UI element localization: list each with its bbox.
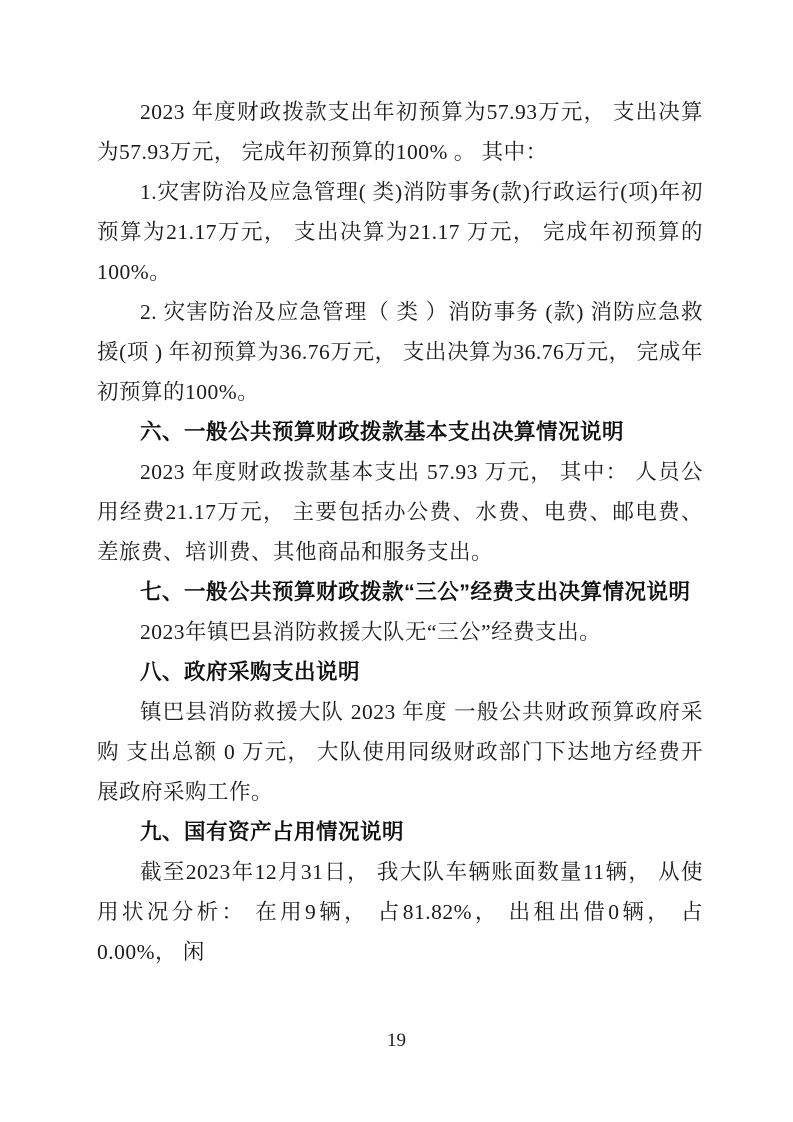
section-heading-6-basic-expenditure: 六、一般公共预算财政拨款基本支出决算情况说明 bbox=[97, 412, 703, 452]
section-heading-8-government-procurement: 八、政府采购支出说明 bbox=[97, 652, 703, 692]
paragraph-three-public-funds-detail: 2023年镇巴县消防救援大队无“三公”经费支出。 bbox=[97, 612, 703, 652]
paragraph-annual-expenditure-summary: 2023 年度财政拨款支出年初预算为57.93万元， 支出决算为57.93万元，… bbox=[97, 92, 703, 172]
paragraph-government-procurement-detail: 镇巴县消防救援大队 2023 年度 一般公共财政预算政府采购 支出总额 0 万元… bbox=[97, 692, 703, 812]
section-heading-9-state-owned-assets: 九、国有资产占用情况说明 bbox=[97, 812, 703, 852]
page-number: 19 bbox=[0, 1030, 793, 1052]
paragraph-item-1-admin-operation: 1.灾害防治及应急管理( 类)消防事务(款)行政运行(项)年初预算为21.17万… bbox=[97, 172, 703, 292]
document-page: 2023 年度财政拨款支出年初预算为57.93万元， 支出决算为57.93万元，… bbox=[0, 0, 793, 1122]
document-body: 2023 年度财政拨款支出年初预算为57.93万元， 支出决算为57.93万元，… bbox=[97, 92, 703, 972]
section-heading-7-three-public-funds: 七、一般公共预算财政拨款“三公”经费支出决算情况说明 bbox=[97, 572, 703, 612]
paragraph-item-2-fire-emergency-rescue: 2. 灾害防治及应急管理（ 类 ）消防事务 (款) 消防应急救援(项 ) 年初预… bbox=[97, 292, 703, 412]
paragraph-state-owned-assets-detail: 截至2023年12月31日， 我大队车辆账面数量11辆， 从使用状况分析： 在用… bbox=[97, 852, 703, 972]
paragraph-basic-expenditure-detail: 2023 年度财政拨款基本支出 57.93 万元， 其中： 人员公用经费21.1… bbox=[97, 452, 703, 572]
